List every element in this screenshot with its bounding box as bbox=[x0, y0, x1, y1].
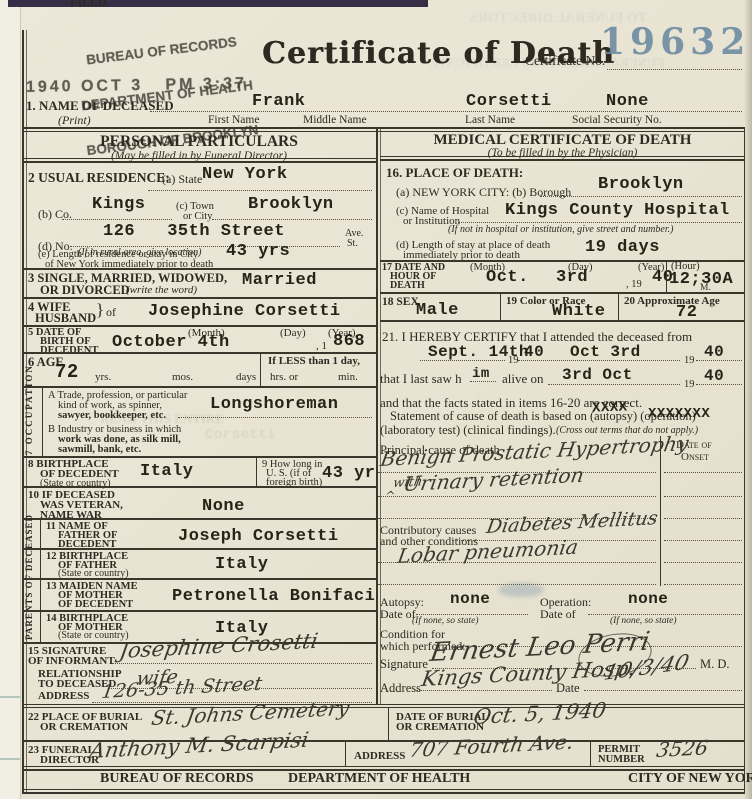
rule-line bbox=[588, 614, 742, 615]
veteran-label3: NAME WAR bbox=[40, 510, 102, 522]
birthplace-decedent-value: Italy bbox=[140, 463, 194, 481]
rule-line bbox=[22, 766, 745, 767]
rule-line bbox=[376, 127, 378, 704]
printed-19b: 19 bbox=[684, 355, 695, 366]
last-saw-year: 40 bbox=[704, 368, 724, 385]
rule-line bbox=[22, 161, 376, 163]
brace: } bbox=[96, 301, 104, 319]
veteran-value: None bbox=[202, 498, 245, 516]
filed-stamp: FILED bbox=[70, 0, 107, 9]
rule-line bbox=[420, 360, 505, 361]
rule-line bbox=[22, 352, 376, 354]
rule-line bbox=[696, 360, 742, 361]
rule-line bbox=[22, 548, 376, 550]
ssn-value: None bbox=[606, 93, 649, 111]
county-value: Kings bbox=[92, 196, 146, 214]
rule-line bbox=[388, 707, 389, 740]
rule-line bbox=[22, 518, 376, 520]
rule-line bbox=[744, 127, 746, 792]
sex-label: 18 SEX bbox=[382, 296, 419, 308]
personal-particulars-title: PERSONAL PARTICULARS bbox=[22, 134, 376, 150]
rule-line bbox=[664, 472, 742, 473]
footer-city-of-new-york: CITY OF NEW YORK bbox=[628, 772, 752, 787]
operation-value: none bbox=[628, 591, 668, 608]
ssn-column-label: Social Security No. bbox=[572, 114, 662, 126]
middle-name-column-label: Middle Name bbox=[303, 114, 367, 126]
physician-address-label: Address bbox=[380, 682, 421, 695]
rule-line bbox=[584, 690, 742, 691]
medical-certificate-subtitle: (To be filled in by the Physician) bbox=[380, 147, 745, 159]
place-of-death-label: 16. PLACE OF DEATH: bbox=[386, 166, 523, 180]
name-of-deceased-label: 1. NAME OF DECEASED bbox=[26, 99, 174, 113]
death-month-value: Oct. bbox=[486, 269, 529, 287]
rule-line bbox=[664, 496, 742, 497]
attended-from-year: 40 bbox=[524, 344, 544, 361]
birth-date-value: October 4th bbox=[112, 334, 230, 352]
rule-line bbox=[696, 384, 742, 385]
informant-signature-value: Josephine Crosetti bbox=[118, 630, 320, 662]
permit-number-value: 3526 bbox=[655, 737, 710, 761]
certificate-number: 19632 bbox=[600, 24, 750, 62]
rule-line bbox=[416, 690, 552, 691]
rule-line bbox=[22, 386, 376, 388]
director-address-value: 707 Fourth Ave. bbox=[408, 732, 575, 761]
margin-rule bbox=[0, 696, 20, 698]
place-of-burial-label2: OR CREMATION bbox=[40, 722, 128, 734]
him-value: im bbox=[472, 367, 490, 382]
rule-line bbox=[664, 584, 742, 585]
rule-line bbox=[260, 352, 261, 386]
footer-department-of-health: DEPARTMENT OF HEALTH bbox=[288, 772, 470, 787]
rule-line bbox=[590, 740, 591, 766]
cause-basis-statement2: (laboratory test) (clinical findings). bbox=[380, 424, 556, 437]
rule-line bbox=[22, 610, 376, 612]
attended-to-value: Oct 3rd bbox=[570, 344, 641, 361]
usual-residence-label: 2 USUAL RESIDENCE: bbox=[28, 171, 170, 185]
principal-cause-value2: Urinary retention bbox=[402, 465, 585, 495]
last-name-column-label: Last Name bbox=[465, 114, 515, 126]
st-label: St. bbox=[347, 239, 358, 250]
rule-line bbox=[22, 789, 745, 790]
death-year-prefix: , 19 bbox=[626, 279, 642, 290]
informant-signature-label2: OF INFORMANT bbox=[28, 656, 115, 668]
rule-line bbox=[380, 292, 745, 294]
spouse-name-value: Josephine Corsetti bbox=[148, 303, 341, 321]
father-name-value: Joseph Corsetti bbox=[178, 528, 339, 546]
scan-right-edge bbox=[744, 0, 752, 799]
rule-line bbox=[664, 540, 742, 541]
mother-maiden-label3: OF DECEDENT bbox=[58, 599, 133, 610]
father-birthplace-value: Italy bbox=[215, 556, 269, 574]
town-label2: or City bbox=[183, 211, 212, 222]
death-certificate-page: TO FUNERAL DIRECTORS FUNERAL DIRECTORS C… bbox=[0, 0, 752, 799]
rule-line bbox=[380, 159, 745, 161]
rule-line bbox=[112, 663, 372, 664]
printed-19c: 19 bbox=[684, 379, 695, 390]
state-value: New York bbox=[202, 166, 288, 184]
rule-line bbox=[212, 219, 372, 220]
rule-line bbox=[618, 292, 619, 320]
stamp-line: BUREAU OF RECORDS bbox=[46, 29, 276, 72]
state-label: (a) State bbox=[162, 173, 202, 186]
color-race-value: White bbox=[552, 303, 606, 321]
hrs-label: hrs. or bbox=[270, 372, 298, 384]
date-of-burial-value: Oct. 5, 1940 bbox=[472, 699, 608, 728]
rule-line bbox=[22, 704, 745, 705]
rule-line bbox=[40, 518, 41, 642]
rule-line bbox=[518, 360, 680, 361]
less-than-day-label: If LESS than 1 day, bbox=[268, 356, 360, 368]
occupation-a-label3: sawyer, bookkeeper, etc. bbox=[58, 410, 166, 421]
residence-length-value: 43 yrs bbox=[226, 243, 290, 261]
mother-maiden-value: Petronella Bonifaci bbox=[172, 588, 375, 606]
rule-line bbox=[22, 486, 376, 488]
rule-line bbox=[607, 69, 742, 70]
husband-label: HUSBAND bbox=[35, 312, 96, 325]
rule-line bbox=[664, 518, 742, 519]
autopsy-strikeout: XXXX bbox=[592, 400, 628, 416]
last-saw-label2: alive on bbox=[502, 372, 544, 386]
rule-line bbox=[664, 562, 742, 563]
date-hour-death-label3: DEATH bbox=[390, 281, 425, 292]
rule-line bbox=[22, 792, 745, 794]
borough-value: Brooklyn bbox=[598, 176, 684, 194]
last-saw-label1: that I last saw h bbox=[380, 372, 462, 386]
sex-value: Male bbox=[416, 302, 459, 320]
occupation-vertical-label: 7 OCCUPATION bbox=[25, 389, 34, 455]
rule-line bbox=[660, 436, 661, 586]
occupation-value: Longshoreman bbox=[210, 396, 338, 414]
rule-line bbox=[62, 219, 172, 220]
first-name-value: Frank bbox=[252, 93, 306, 111]
operation-strikeout: XXXXXXX bbox=[648, 407, 710, 422]
if-none-note: (If none, so state) bbox=[412, 617, 479, 627]
autopsy-date-label: Date of bbox=[380, 608, 416, 621]
hospital-note: (If not in hospital or institution, give… bbox=[448, 225, 673, 236]
min-label: min. bbox=[338, 372, 358, 384]
operation-date-label: Date of bbox=[540, 608, 576, 621]
funeral-director-value: Anthony M. Scarpisi bbox=[88, 729, 310, 762]
how-long-us-value: 43 yrs bbox=[322, 465, 374, 483]
parents-of-deceased-vertical-label: PARENTS OF DECEASED bbox=[25, 522, 34, 640]
rule-line bbox=[548, 384, 680, 385]
attended-to-year: 40 bbox=[704, 344, 724, 361]
rule-line bbox=[22, 578, 376, 580]
certify-statement: 21. I HEREBY CERTIFY that I attended the… bbox=[382, 330, 692, 344]
rule-line bbox=[380, 320, 745, 322]
mother-birthplace-label3: (State or country) bbox=[58, 631, 129, 642]
scan-left-margin bbox=[0, 0, 21, 799]
rule-line bbox=[666, 260, 667, 292]
hospital-name-value: Kings County Hospital bbox=[505, 202, 730, 220]
rule-line bbox=[345, 740, 346, 766]
approximate-age-label: 20 Approximate Age bbox=[624, 296, 720, 308]
print-label: (Print) bbox=[58, 114, 91, 127]
industry-b-label3: sawmill, bank, etc. bbox=[58, 444, 141, 455]
if-none-note2: (If none, so state) bbox=[610, 617, 677, 627]
rule-line bbox=[540, 196, 742, 197]
permit-label2: NUMBER bbox=[598, 754, 645, 765]
rule-line bbox=[470, 381, 496, 382]
birth-year-value: 868 bbox=[333, 333, 365, 351]
year-prefix: , 1 bbox=[316, 341, 327, 353]
physician-date-label: Date bbox=[556, 682, 580, 695]
rule-line bbox=[378, 562, 656, 563]
last-name-value: Corsetti bbox=[466, 93, 552, 111]
rule-line bbox=[22, 268, 376, 270]
mos-label: mos. bbox=[172, 372, 193, 384]
rule-line bbox=[416, 614, 528, 615]
age-value: 72 bbox=[55, 363, 79, 383]
yrs-label: yrs. bbox=[95, 372, 111, 384]
day-label: (Day) bbox=[280, 328, 306, 340]
director-address-label: ADDRESS bbox=[354, 751, 405, 763]
rule-line bbox=[256, 456, 257, 486]
street-number-value: 126 35th Street bbox=[103, 223, 285, 241]
rule-line bbox=[42, 386, 43, 456]
rule-line bbox=[22, 297, 376, 299]
days-label: days bbox=[236, 372, 256, 384]
last-saw-date-value: 3rd Oct bbox=[562, 367, 633, 384]
rule-line bbox=[22, 127, 745, 129]
autopsy-value: none bbox=[450, 591, 490, 608]
rule-line bbox=[22, 158, 376, 159]
informant-address-value: 126-35 th Street bbox=[100, 675, 263, 703]
rule-line bbox=[148, 190, 372, 191]
rule-line bbox=[380, 156, 745, 157]
md-label: M. D. bbox=[700, 658, 730, 671]
footer-bureau-of-records: BUREAU OF RECORDS bbox=[100, 772, 254, 787]
informant-address-label: ADDRESS bbox=[38, 691, 89, 703]
rule-line bbox=[378, 496, 656, 497]
city-value: Brooklyn bbox=[248, 196, 334, 214]
birthplace-decedent-label3: (State or country) bbox=[40, 479, 111, 490]
rule-line bbox=[22, 707, 745, 709]
marital-status-label2: OR DIVORCED bbox=[40, 284, 130, 297]
rule-line bbox=[500, 292, 501, 320]
physician-signature-label: Signature bbox=[380, 658, 428, 671]
contributory-value1: Diabetes Mellitus bbox=[485, 509, 659, 538]
rule-line bbox=[178, 417, 372, 418]
marital-status-value: Married bbox=[242, 272, 317, 290]
write-the-word-note: (write the word) bbox=[126, 285, 197, 297]
certificate-no-label: Certificate No. bbox=[525, 54, 605, 68]
rule-line bbox=[458, 222, 742, 223]
first-name-column-label: First Name bbox=[208, 114, 259, 126]
ink-smudge bbox=[498, 583, 544, 597]
margin-rule bbox=[0, 758, 20, 760]
stay-length-value: 19 days bbox=[585, 239, 660, 257]
of-label: of bbox=[106, 306, 116, 319]
death-day-value: 3rd bbox=[556, 269, 588, 287]
printed-19a: 19 bbox=[508, 355, 519, 366]
bleed-through-text: Corsetti bbox=[205, 428, 276, 443]
rule-line bbox=[150, 111, 742, 112]
